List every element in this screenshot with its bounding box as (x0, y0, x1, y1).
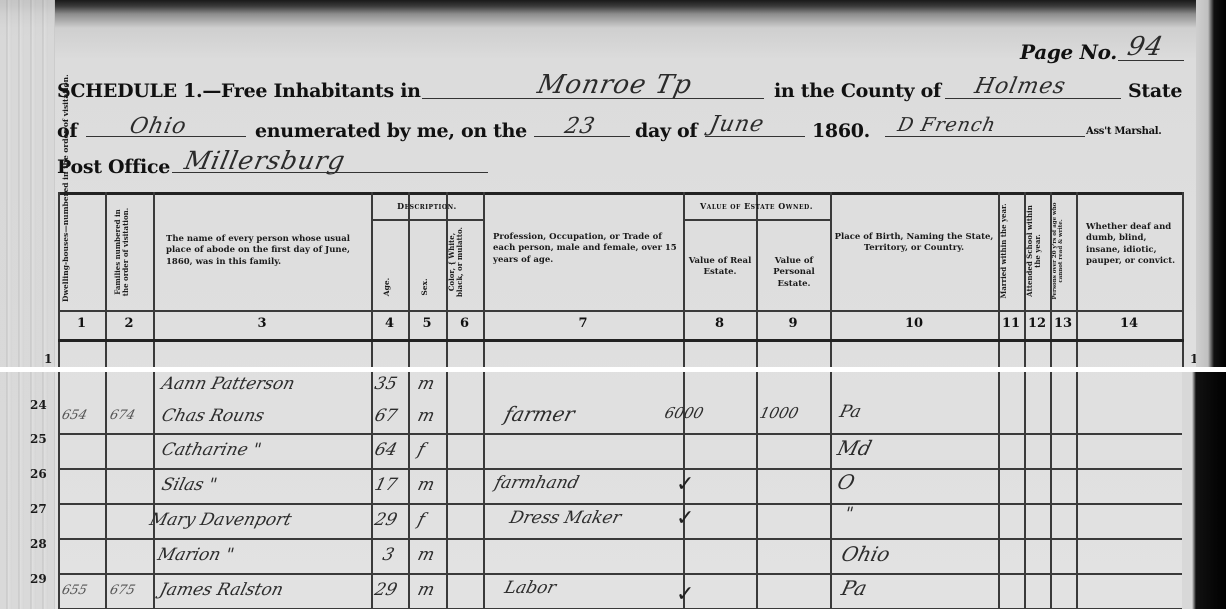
row-26-occupation: farmhand (493, 473, 582, 493)
strip-separator (0, 367, 1226, 372)
col-header-illiterate: Persons over 20 y'rs of age who cannot r… (1052, 198, 1065, 304)
scan-edge-upper (1196, 0, 1226, 367)
post-office-label: Post Office (57, 156, 170, 178)
state-value: Ohio (127, 114, 189, 139)
line-number-26-left: 26 (30, 467, 47, 481)
marshal-label: Ass't Marshal. (1086, 126, 1161, 137)
schedule-title: SCHEDULE 1.—Free Inhabitants in (57, 80, 421, 102)
row-27-check-mark: ✓ (676, 506, 694, 531)
line-number-29-left: 29 (30, 572, 47, 586)
line-number-25-left: 25 (30, 432, 47, 446)
row-29-check-mark: ✓ (676, 582, 694, 607)
row-23-name: Aann Patterson (160, 374, 297, 394)
row-25-name: Catharine " (160, 440, 264, 460)
col-header-color: Color, { White, black, or mulatto. (448, 220, 464, 304)
census-page-scan: Page No. 94 SCHEDULE 1.—Free Inhabitants… (0, 0, 1226, 609)
col-number-7: 7 (483, 316, 683, 331)
line-number-24-left: 24 (30, 398, 47, 412)
state-label: State (1128, 80, 1182, 102)
col-header-family: Families numbered in the order of visita… (114, 202, 130, 302)
col-header-sex: Sex. (421, 272, 430, 302)
row-29-name: James Ralston (158, 580, 286, 600)
row-29-occupation: Labor (503, 578, 559, 598)
line-number-28-left: 28 (30, 537, 47, 551)
row-27-occupation: Dress Maker (508, 508, 624, 528)
col-header-personal-estate: Value of Personal Estate. (760, 256, 828, 290)
day-of-label: day of (635, 120, 697, 142)
row-27-age: 29 (373, 510, 400, 530)
day-value: 23 (562, 114, 597, 139)
col-number-13: 13 (1050, 316, 1076, 331)
col-header-dwelling: Dwelling-houses—numbered in the order of… (62, 202, 71, 302)
county-value: Holmes (972, 74, 1068, 99)
page-number-label: Page No. (1020, 40, 1117, 64)
col-header-school: Attended School within the year. (1026, 198, 1042, 304)
col-header-married: Married within the year. (1000, 198, 1008, 304)
scan-edge-lower (1182, 372, 1226, 609)
col-header-age: Age. (383, 272, 392, 302)
binding-margin (0, 0, 55, 609)
col-header-occupation: Profession, Occupation, or Trade of each… (493, 232, 678, 266)
marshal-name: D French (896, 114, 999, 136)
col-number-12: 12 (1024, 316, 1050, 331)
row-24-occupation: farmer (502, 402, 577, 426)
month-value: June (707, 112, 767, 137)
township-value: Monroe Tp (535, 70, 695, 100)
row-26-name: Silas " (160, 475, 220, 495)
col-number-5: 5 (408, 316, 446, 331)
row-24-real-estate: 6000 (663, 404, 706, 422)
enumerated-label: enumerated by me, on the (255, 120, 527, 142)
col-number-11: 11 (998, 316, 1024, 331)
page-number-value: 94 (1125, 32, 1166, 62)
row-28-birthplace: Ohio (839, 542, 893, 566)
col-number-10: 10 (830, 316, 998, 331)
line-number-1-left: 1 (44, 352, 52, 366)
group-header-description: Description. (371, 201, 483, 211)
col-number-6: 6 (446, 316, 483, 331)
year-label: 1860. (812, 120, 870, 142)
line-number-27-left: 27 (30, 502, 47, 516)
row-28-name: Marion " (156, 545, 237, 565)
group-header-estate: Value of Estate Owned. (683, 201, 830, 211)
col-number-2: 2 (105, 316, 153, 331)
row-24-age: 67 (373, 406, 400, 426)
col-number-3: 3 (153, 316, 371, 331)
row-29-age: 29 (373, 580, 400, 600)
post-office-value: Millersburg (182, 146, 348, 175)
col-number-8: 8 (683, 316, 756, 331)
col-header-real-estate: Value of Real Estate. (686, 256, 754, 279)
row-27-name: Mary Davenport (148, 510, 294, 530)
col-header-birthplace: Place of Birth, Naming the State, Territ… (833, 232, 995, 255)
row-24-name: Chas Rouns (160, 406, 267, 426)
row-26-age: 17 (373, 475, 400, 495)
col-number-9: 9 (756, 316, 830, 331)
row-25-birthplace: Md (835, 436, 874, 460)
row-29-family: 675 (108, 583, 137, 598)
row-26-check-mark: ✓ (676, 472, 694, 497)
col-number-14: 14 (1076, 316, 1182, 331)
county-label: in the County of (774, 80, 941, 102)
row-29-dwelling: 655 (60, 583, 89, 598)
col-number-4: 4 (371, 316, 408, 331)
marshal-blank (885, 136, 1085, 137)
row-24-personal-estate: 1000 (758, 404, 801, 422)
col-number-1: 1 (58, 316, 105, 331)
row-24-family: 674 (108, 408, 137, 423)
col-header-disability: Whether deaf and dumb, blind, insane, id… (1086, 222, 1178, 268)
row-24-dwelling: 654 (60, 408, 89, 423)
col-header-name: The name of every person whose usual pla… (166, 234, 362, 268)
